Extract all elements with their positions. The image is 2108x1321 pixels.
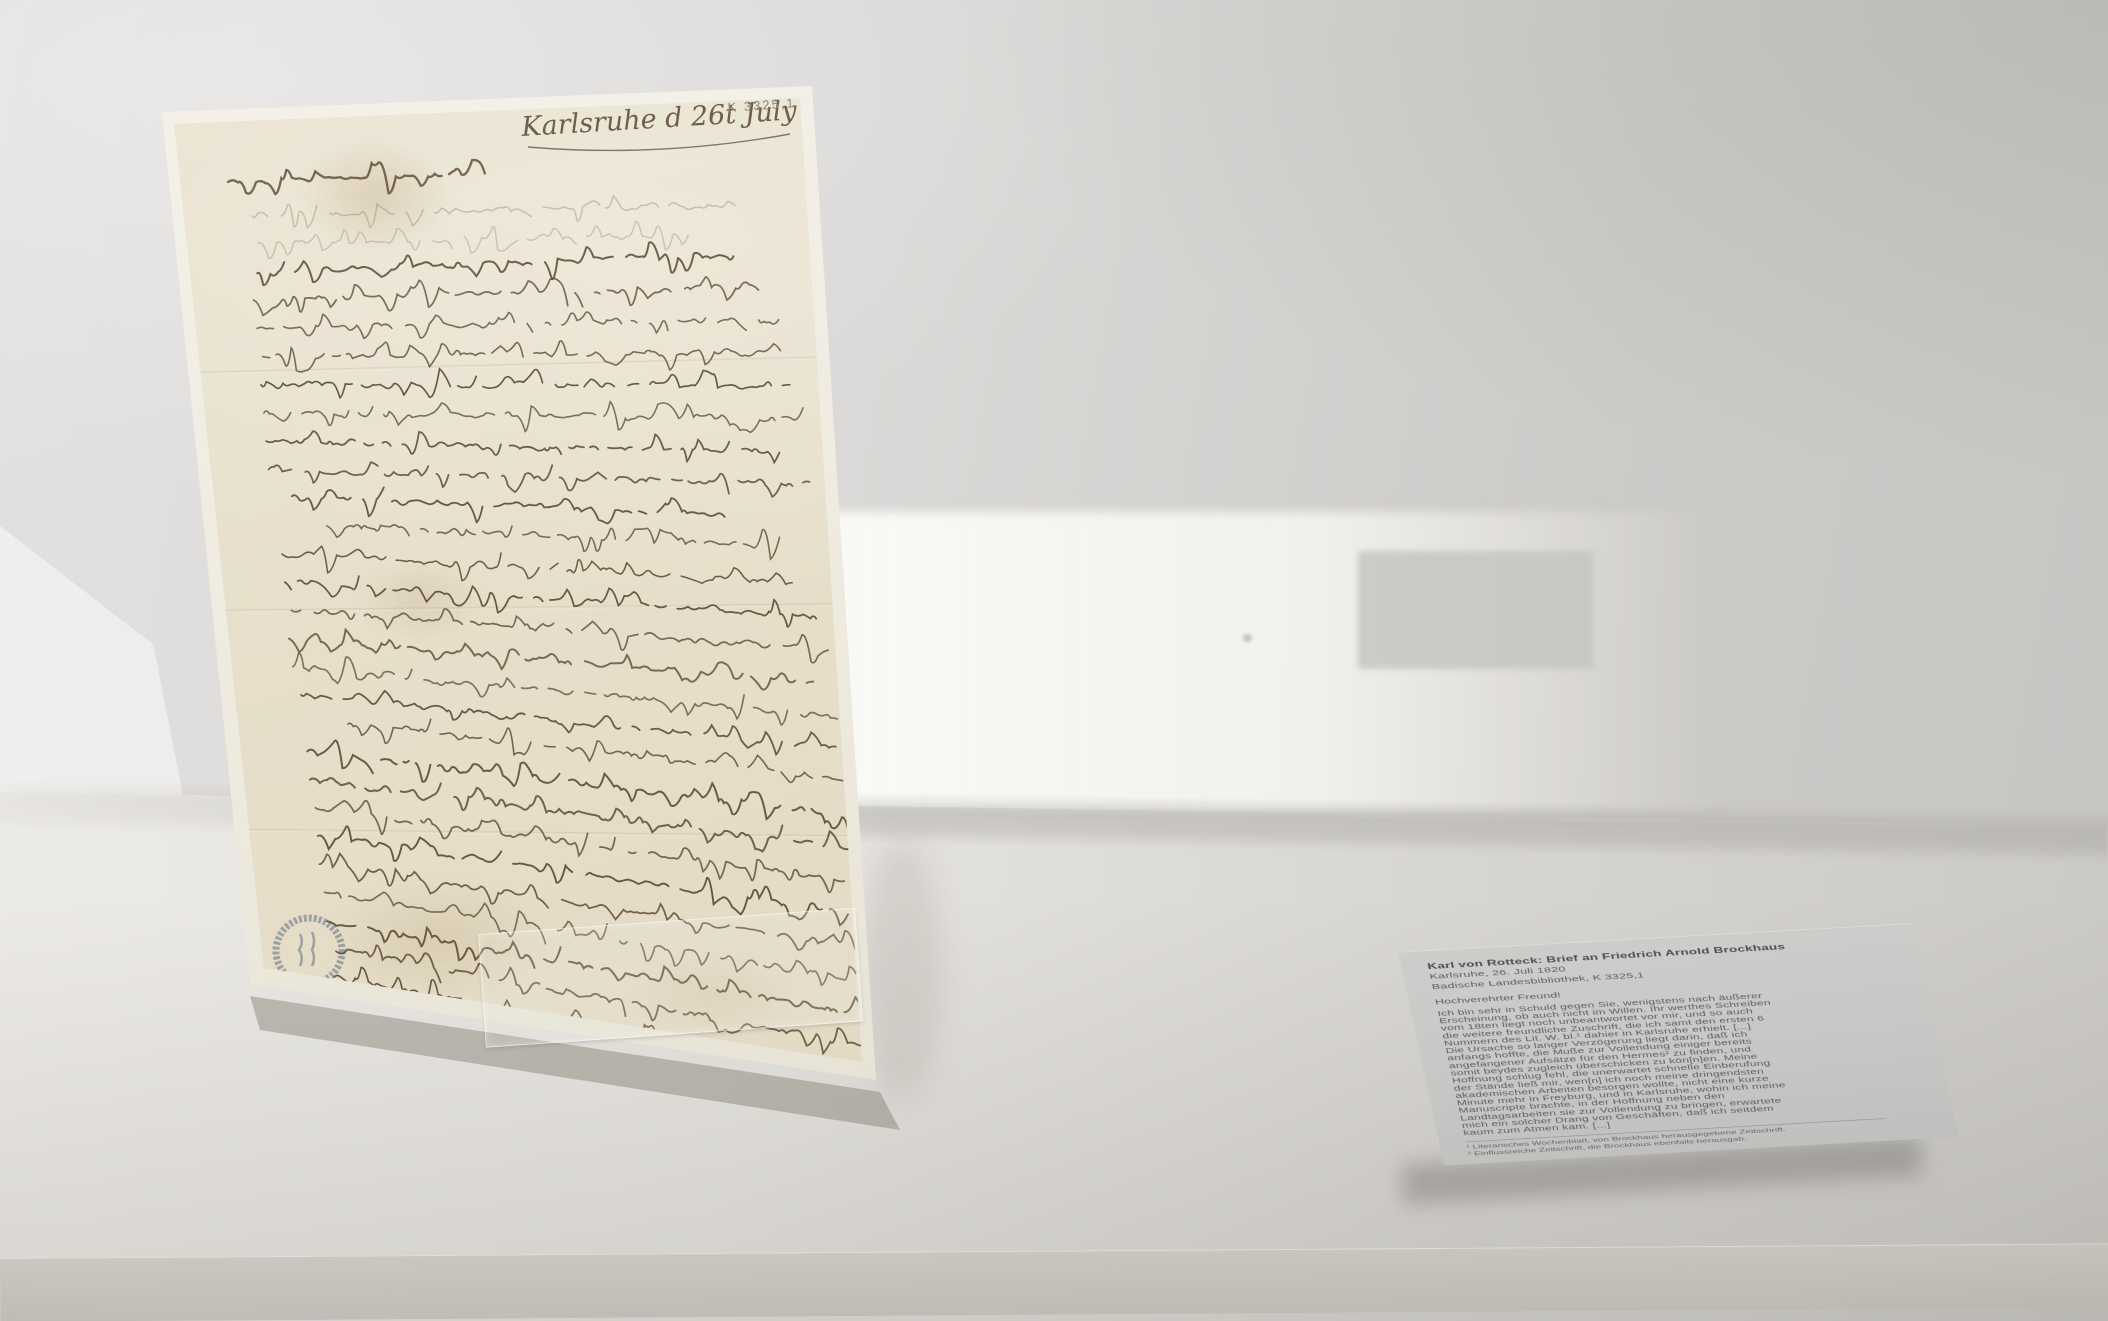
photo-vignette: [0, 0, 2108, 1321]
museum-vitrine-photo: Karlsruhe d 26t July 20 K 3325,1 Karl vo…: [0, 0, 2108, 1321]
